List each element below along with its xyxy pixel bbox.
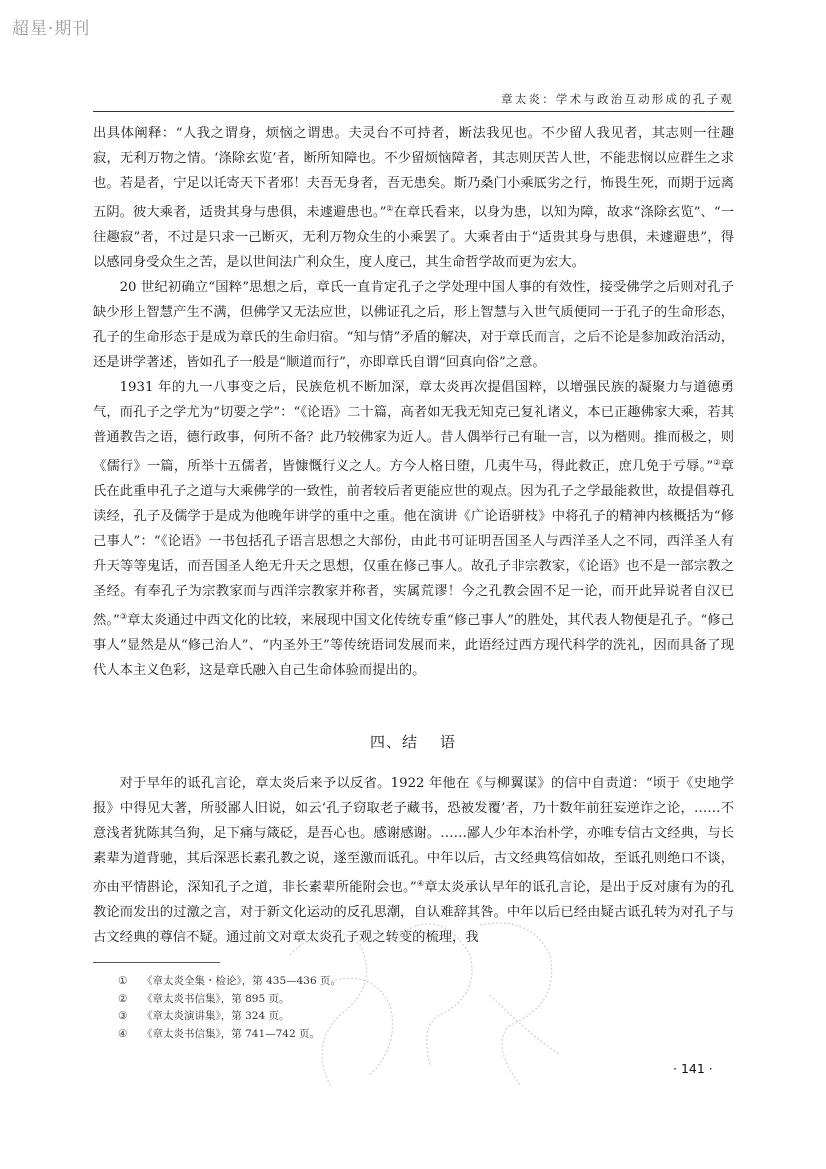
footnote-number: ④ [118, 1026, 142, 1044]
footnote-text: 《章太炎演讲集》，第 324 页。 [142, 1010, 289, 1022]
section-heading: 四、结语 [0, 731, 826, 752]
paragraph-text: 章太炎通过中西文化的比较，来展现中国文化传统专重“修己事人”的胜处，其代表人物便… [93, 613, 734, 678]
conclusion-body: 对于早年的诋孔言论，章太炎后来予以反省。1922 年他在《与柳翼谋》的信中自责道… [93, 771, 734, 950]
footnote: ①《章太炎全集・检论》，第 435—436 页。 [118, 973, 341, 991]
footnote-ref-3[interactable]: ③ [120, 612, 127, 621]
article-body: 出具体阐释：“人我之谓身，烦恼之谓患。夫灵台不可持者，断法我见也。不少留人我见者… [93, 121, 734, 683]
footnote-text: 《章太炎书信集》，第 895 页。 [142, 993, 289, 1005]
page-number: · 141 · [673, 1061, 713, 1076]
section-heading-part: 四、结 [370, 733, 418, 751]
footnotes: ①《章太炎全集・检论》，第 435—436 页。 ②《章太炎书信集》，第 895… [118, 973, 341, 1043]
paragraph-continued: 出具体阐释：“人我之谓身，烦恼之谓患。夫灵台不可持者，断法我见也。不少留人我见者… [93, 121, 734, 275]
brand-logo: 超星·期刊 [12, 14, 90, 39]
footnote: ③《章太炎演讲集》，第 324 页。 [118, 1008, 341, 1026]
footnote-rule [93, 962, 220, 963]
paragraph-text: 1931 年的九一八事变之后，民族危机不断加深，章太炎再次提倡国粹，以增强民族的… [93, 380, 734, 474]
footnote-text: 《章太炎全集・检论》，第 435—436 页。 [142, 975, 341, 987]
header-rule [93, 111, 734, 112]
footnote-ref-1[interactable]: ① [386, 204, 393, 213]
paragraph: 20 世纪初确立“国粹”思想之后，章氏一直肯定孔子之学处理中国人事的有效性，接受… [93, 275, 734, 375]
paragraph: 1931 年的九一八事变之后，民族危机不断加深，章太炎再次提倡国粹，以增强民族的… [93, 375, 734, 683]
footnote: ④《章太炎书信集》，第 741—742 页。 [118, 1026, 341, 1044]
footnote-text: 《章太炎书信集》，第 741—742 页。 [142, 1028, 320, 1040]
footnote-number: ③ [118, 1008, 142, 1026]
footnote: ②《章太炎书信集》，第 895 页。 [118, 991, 341, 1009]
footnote-ref-2[interactable]: ② [713, 458, 721, 467]
paragraph-text: 20 世纪初确立“国粹”思想之后，章氏一直肯定孔子之学处理中国人事的有效性，接受… [93, 280, 734, 370]
running-head: 章太炎：学术与政治互动形成的孔子观 [501, 91, 734, 107]
paragraph-text: 对于早年的诋孔言论，章太炎后来予以反省。1922 年他在《与柳翼谋》的信中自责道… [93, 776, 734, 895]
paragraph-text: 章氏在此重申孔子之道与大乘佛学的一致性，前者较后者更能应世的观点。因为孔子之学最… [93, 459, 734, 628]
section-heading-part: 语 [440, 733, 456, 751]
paragraph: 对于早年的诋孔言论，章太炎后来予以反省。1922 年他在《与柳翼谋》的信中自责道… [93, 771, 734, 950]
footnote-number: ① [118, 973, 142, 991]
footnote-number: ② [118, 991, 142, 1009]
